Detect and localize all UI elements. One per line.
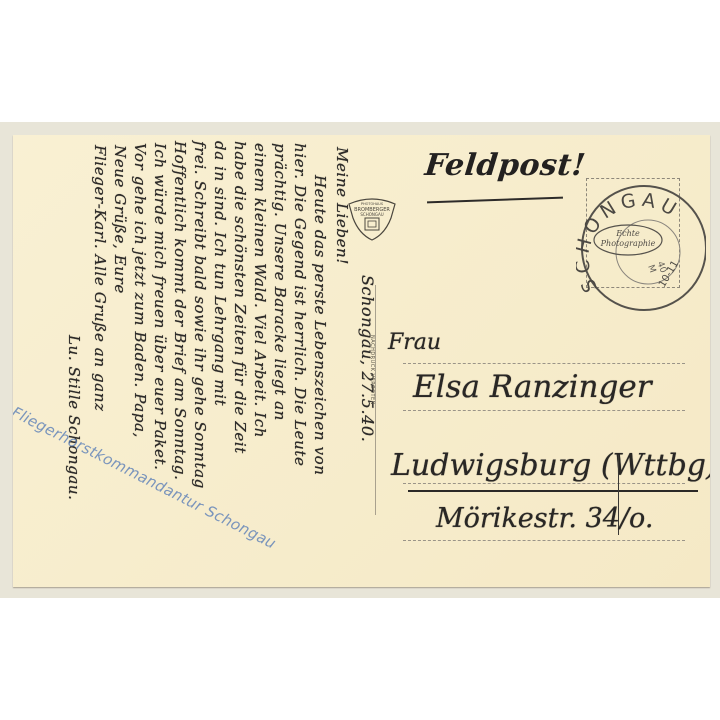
divider-line bbox=[375, 285, 376, 515]
address-salutation: Frau bbox=[388, 330, 441, 355]
message-line: Neue Grüße, Eure bbox=[111, 145, 129, 294]
message-line: Heute das perste Lebenszeichen von bbox=[311, 175, 329, 476]
message-line: Vor gehe ich jetzt zum Baden. Papa, bbox=[131, 143, 149, 438]
address-line-4 bbox=[403, 540, 685, 541]
postmark-icon: SCHONGAU Echte Photographie M 40 10-11 bbox=[576, 176, 706, 316]
address-line-1 bbox=[403, 363, 685, 364]
postcard: Meine Lieben! Heute das perste Lebenszei… bbox=[13, 135, 710, 587]
feldpost-underline bbox=[427, 197, 563, 204]
svg-text:Photographie: Photographie bbox=[600, 239, 656, 248]
message-line: prächtig. Unsere Baracke liegt an bbox=[271, 143, 289, 421]
message-line: Ich würde mich freuen über euer Paket. bbox=[151, 143, 169, 470]
photo-publisher-shield-icon: PHOTOHAUS BROMBERGER SCHONGAU bbox=[345, 196, 399, 242]
city-underline bbox=[408, 490, 698, 492]
address-line-2 bbox=[403, 410, 685, 411]
message-line: habe die schönsten Zeiten für die Zeit bbox=[231, 141, 249, 454]
svg-text:PHOTOHAUS: PHOTOHAUS bbox=[361, 202, 384, 206]
message-line: hier. Die Gegend ist herrlich. Die Leute bbox=[291, 143, 309, 466]
address-street: Mörikestr. 34/o. bbox=[436, 503, 653, 534]
svg-text:SCHONGAU: SCHONGAU bbox=[360, 212, 383, 217]
message-line: Lu. Stille Schongau. bbox=[65, 335, 83, 501]
address-line-3 bbox=[403, 483, 685, 484]
address-city: Ludwigsburg (Wttbg) bbox=[391, 448, 710, 483]
message-line: Hoffentlich kommt der Brief am Sonntag. bbox=[171, 141, 189, 480]
message-line: da in sind. Ich tun Lehrgang mit bbox=[211, 141, 229, 406]
message-line: einem kleinen Wald. Viel Arbeit. Ich bbox=[251, 143, 269, 438]
address-name: Elsa Ranzinger bbox=[413, 369, 652, 405]
svg-text:Echte: Echte bbox=[615, 229, 640, 238]
message-line: frei. Schreibt bald sowie ihr gehe Sonnt… bbox=[191, 141, 209, 489]
feldpost-header: Feldpost! bbox=[423, 148, 587, 183]
message-line: Flieger-Karl. Alle Gruße an ganz bbox=[91, 145, 109, 411]
